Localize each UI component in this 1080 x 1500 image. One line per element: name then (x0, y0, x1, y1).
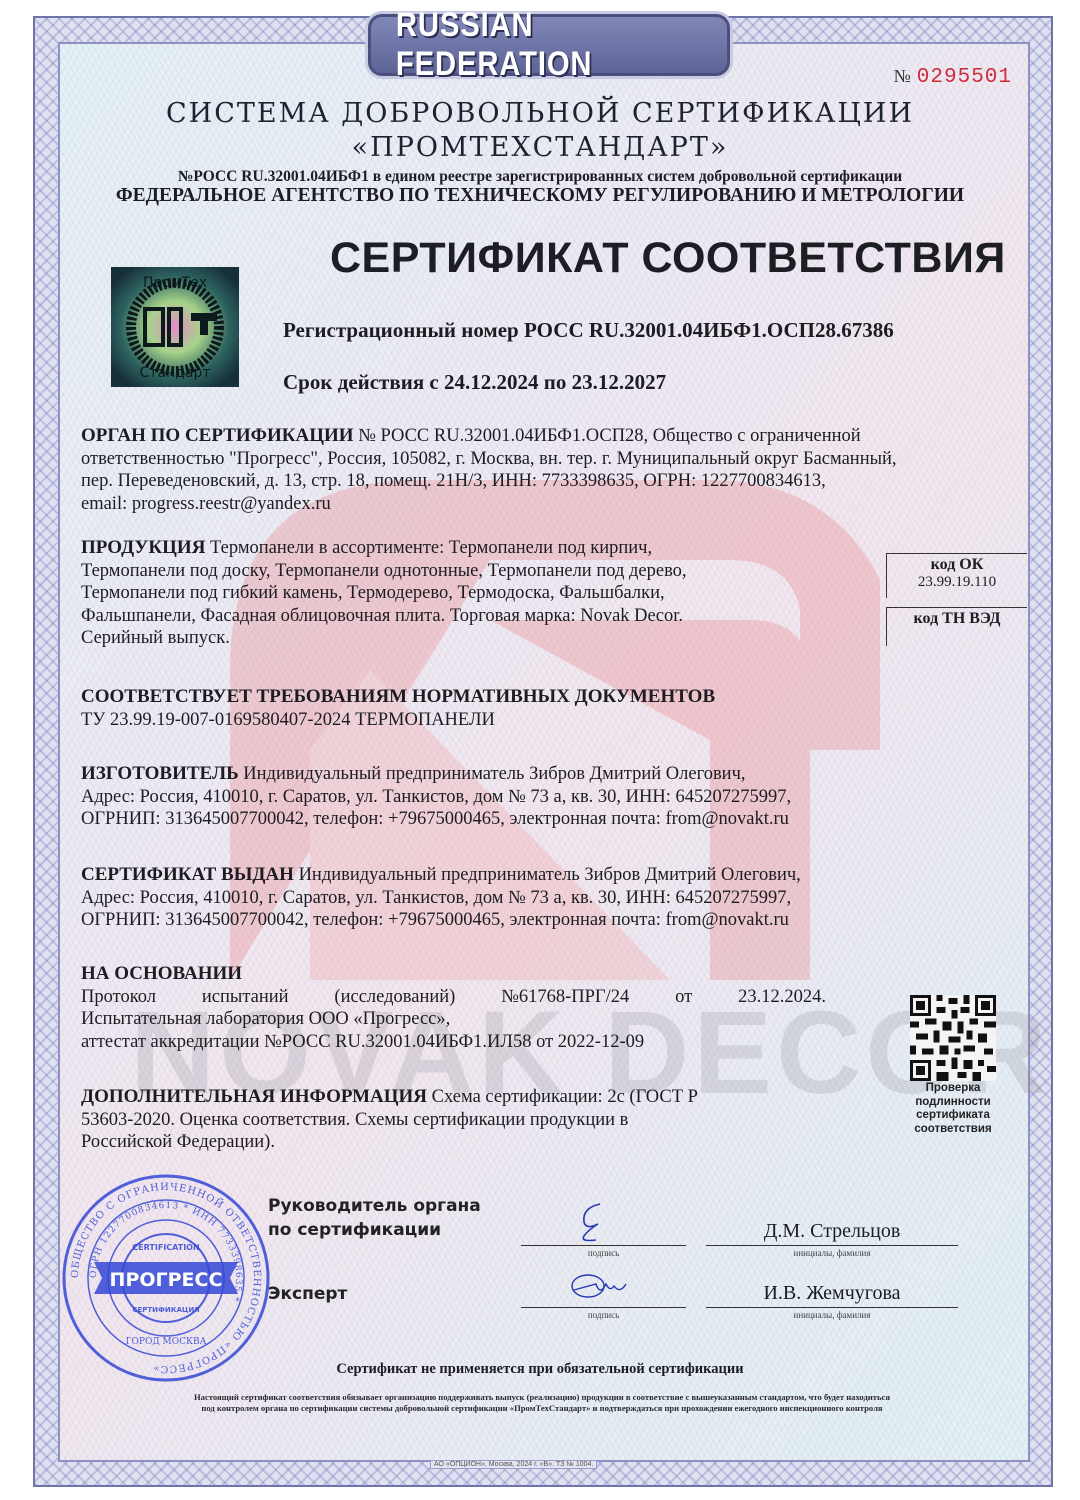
section-label: ПРОДУКЦИЯ (81, 537, 205, 558)
ok-code-box: код ОК 23.99.19.110 (886, 553, 1027, 598)
fine-print: Настоящий сертификат соответствия обязыв… (92, 1392, 992, 1414)
name-line (706, 1245, 958, 1246)
agency-name: ФЕДЕРАЛЬНОЕ АГЕНТСТВО ПО ТЕХНИЧЕСКОМУ РЕ… (0, 185, 1080, 207)
section-label: СЕРТИФИКАТ ВЫДАН (81, 864, 294, 885)
signature-head (570, 1200, 620, 1245)
standards-section: СООТВЕТСТВУЕТ ТРЕБОВАНИЯМ НОРМАТИВНЫХ ДО… (81, 686, 715, 731)
svg-text:ПРОГРЕСС: ПРОГРЕСС (110, 1269, 223, 1291)
svg-text:СЕРТИФИКАЦИЯ: СЕРТИФИКАЦИЯ (132, 1306, 199, 1314)
section-label: ИЗГОТОВИТЕЛЬ (81, 763, 239, 784)
registry-line: №РОСС RU.32001.04ИБФ1 в едином реестре з… (0, 168, 1080, 186)
svg-text:CERTIFICATION: CERTIFICATION (132, 1243, 199, 1252)
tnved-code-box: код ТН ВЭД (886, 607, 1027, 646)
signature-line (521, 1307, 686, 1308)
qr-caption: Проверка подлинности сертификата соответ… (893, 1082, 1013, 1136)
svg-text:ПромТех: ПромТех (143, 275, 207, 291)
section-label: СООТВЕТСТВУЕТ ТРЕБОВАНИЯМ НОРМАТИВНЫХ ДО… (81, 686, 715, 707)
section-label: ДОПОЛНИТЕЛЬНАЯ ИНФОРМАЦИЯ (81, 1086, 427, 1107)
voluntary-notice: Сертификат не применяется при обязательн… (0, 1361, 1080, 1378)
signature-line (521, 1245, 686, 1246)
serial-number-value: 0295501 (917, 66, 1012, 89)
certification-body-section: ОРГАН ПО СЕРТИФИКАЦИИ № РОСС RU.32001.04… (81, 425, 897, 515)
verification-qr-code[interactable] (910, 995, 996, 1081)
additional-info-section: ДОПОЛНИТЕЛЬНАЯ ИНФОРМАЦИЯ Схема сертифик… (81, 1086, 698, 1154)
system-title: СИСТЕМА ДОБРОВОЛЬНОЙ СЕРТИФИКАЦИИ (0, 98, 1080, 129)
serial-number: №0295501 (894, 66, 1012, 89)
printer-imprint: АО «ОПЦИОН», Москва, 2024 г. «В». ТЗ № 1… (430, 1460, 597, 1469)
signatory-role-head: Руководитель органа по сертификации (268, 1194, 481, 1242)
promtekhstandart-hologram-logo: ПромТех Стандарт (105, 263, 245, 391)
certificate-title: СЕРТИФИКАТ СООТВЕТСТВИЯ (330, 234, 1006, 283)
protocol-line: Протокол испытаний (исследований) №61768… (81, 986, 826, 1009)
registration-number: Регистрационный номер РОСС RU.32001.04ИБ… (283, 318, 894, 343)
products-section: ПРОДУКЦИЯ Термопанели в ассортименте: Те… (81, 537, 687, 650)
russian-federation-banner: RUSSIAN FEDERATION (368, 14, 730, 76)
signatory-name-expert: И.В. Жемчугова (706, 1282, 958, 1305)
section-label: НА ОСНОВАНИИ (81, 963, 242, 984)
signature-expert (566, 1270, 636, 1306)
basis-section: НА ОСНОВАНИИ Протокол испытаний (исследо… (81, 963, 826, 1053)
section-label: ОРГАН ПО СЕРТИФИКАЦИИ (81, 425, 354, 446)
issued-to-section: СЕРТИФИКАТ ВЫДАН Индивидуальный предприн… (81, 864, 801, 932)
system-name: «ПРОМТЕХСТАНДАРТ» (0, 132, 1080, 163)
name-line (706, 1307, 958, 1308)
progress-seal-stamp: ОБЩЕСТВО С ОГРАНИЧЕННОЙ ОТВЕТСТВЕННОСТЬЮ… (60, 1172, 272, 1384)
signatory-role-expert: Эксперт (268, 1282, 347, 1306)
validity-period: Срок действия с 24.12.2024 по 23.12.2027 (283, 370, 666, 395)
svg-text:Стандарт: Стандарт (140, 365, 211, 381)
svg-text:ГОРОД МОСКВА: ГОРОД МОСКВА (126, 1337, 207, 1347)
signatory-name-head: Д.М. Стрельцов (706, 1220, 958, 1243)
ok-code-value: 23.99.19.110 (887, 574, 1027, 591)
manufacturer-section: ИЗГОТОВИТЕЛЬ Индивидуальный предпринимат… (81, 763, 791, 831)
